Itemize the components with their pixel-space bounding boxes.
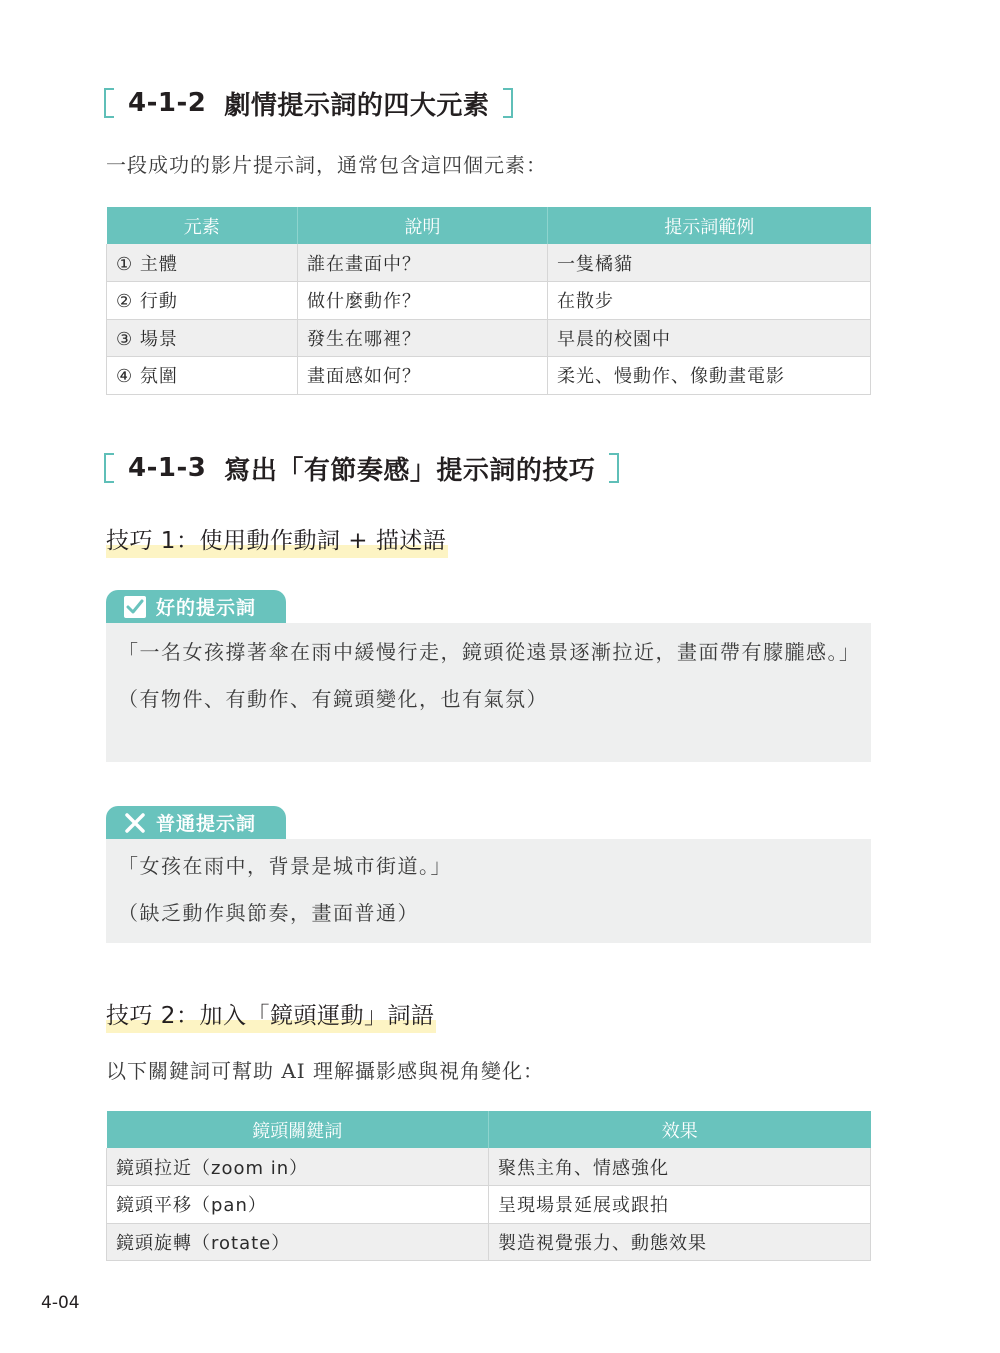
table-row: ① 主體 誰在畫面中？ 一隻橘貓 — [107, 244, 871, 282]
table-header: 效果 — [489, 1111, 871, 1148]
section-heading-4-1-2: 4-1-2 劇情提示詞的四大元素 — [104, 86, 513, 120]
table-row: ④ 氛圍 畫面感如何？ 柔光、慢動作、像動畫電影 — [107, 357, 871, 395]
table-row: ③ 場景 發生在哪裡？ 早晨的校園中 — [107, 319, 871, 357]
normal-prompt-text: 「女孩在雨中，背景是城市街道。」 — [118, 849, 857, 884]
table-cell: 早晨的校園中 — [548, 319, 871, 357]
table-cell: 在散步 — [548, 282, 871, 320]
table-header: 說明 — [298, 207, 548, 244]
table-header-row: 鏡頭關鍵詞 效果 — [107, 1111, 871, 1148]
table-cell: ② 行動 — [107, 282, 298, 320]
tip2-heading: 技巧 2：加入「鏡頭運動」詞語 — [106, 999, 436, 1033]
table-row: ② 行動 做什麼動作？ 在散步 — [107, 282, 871, 320]
checkbox-icon — [124, 596, 146, 618]
table-header: 提示詞範例 — [548, 207, 871, 244]
page-number: 4-04 — [41, 1293, 80, 1313]
cross-icon — [124, 812, 146, 834]
table-header-row: 元素 說明 提示詞範例 — [107, 207, 871, 244]
section-number: 4-1-3 — [128, 453, 206, 483]
good-prompt-box: 「一名女孩撐著傘在雨中緩慢行走，鏡頭從遠景逐漸拉近，畫面帶有朦朧感。」 （有物件… — [106, 623, 871, 762]
section-title: 寫出「有節奏感」提示詞的技巧 — [224, 450, 595, 487]
section-heading-4-1-3: 4-1-3 寫出「有節奏感」提示詞的技巧 — [104, 451, 619, 485]
table-cell: ④ 氛圍 — [107, 357, 298, 395]
section-intro: 一段成功的影片提示詞，通常包含這四個元素： — [106, 149, 547, 178]
table-cell: 製造視覺張力、動態效果 — [489, 1223, 871, 1261]
good-prompt-note: （有物件、有動作、有鏡頭變化，也有氣氛） — [118, 682, 857, 717]
table-cell: 聚焦主角、情感強化 — [489, 1148, 871, 1186]
normal-prompt-box: 「女孩在雨中，背景是城市街道。」 （缺乏動作與節奏，畫面普通） — [106, 839, 871, 943]
normal-prompt-note: （缺乏動作與節奏，畫面普通） — [118, 896, 857, 931]
table-cell: 鏡頭拉近（zoom in） — [107, 1148, 489, 1186]
table-cell: 畫面感如何？ — [298, 357, 548, 395]
table-cell: ③ 場景 — [107, 319, 298, 357]
tip1-heading: 技巧 1：使用動作動詞 + 描述語 — [106, 524, 448, 558]
bracket-left-icon — [104, 88, 114, 118]
table-row: 鏡頭旋轉（rotate） 製造視覺張力、動態效果 — [107, 1223, 871, 1261]
table-cell: 柔光、慢動作、像動畫電影 — [548, 357, 871, 395]
bracket-right-icon — [503, 88, 513, 118]
table-cell: 一隻橘貓 — [548, 244, 871, 282]
elements-table: 元素 說明 提示詞範例 ① 主體 誰在畫面中？ 一隻橘貓 ② 行動 做什麼動作？… — [106, 207, 871, 395]
table-cell: 做什麼動作？ — [298, 282, 548, 320]
tip2-intro: 以下關鍵詞可幫助 AI 理解攝影感與視角變化： — [106, 1055, 544, 1084]
good-prompt-tab: 好的提示詞 — [106, 590, 286, 623]
section-title: 劇情提示詞的四大元素 — [224, 85, 489, 122]
table-cell: 誰在畫面中？ — [298, 244, 548, 282]
table-cell: 鏡頭平移（pan） — [107, 1186, 489, 1224]
table-header: 元素 — [107, 207, 298, 244]
normal-prompt-tab: 普通提示詞 — [106, 806, 286, 839]
table-cell: 發生在哪裡？ — [298, 319, 548, 357]
good-prompt-label: 好的提示詞 — [156, 593, 256, 620]
table-cell: 呈現場景延展或跟拍 — [489, 1186, 871, 1224]
bracket-left-icon — [104, 453, 114, 483]
table-row: 鏡頭拉近（zoom in） 聚焦主角、情感強化 — [107, 1148, 871, 1186]
good-prompt-text: 「一名女孩撐著傘在雨中緩慢行走，鏡頭從遠景逐漸拉近，畫面帶有朦朧感。」 — [118, 635, 857, 670]
table-cell: 鏡頭旋轉（rotate） — [107, 1223, 489, 1261]
normal-prompt-label: 普通提示詞 — [156, 809, 256, 836]
table-row: 鏡頭平移（pan） 呈現場景延展或跟拍 — [107, 1186, 871, 1224]
section-number: 4-1-2 — [128, 88, 206, 118]
table-header: 鏡頭關鍵詞 — [107, 1111, 489, 1148]
bracket-right-icon — [609, 453, 619, 483]
table-cell: ① 主體 — [107, 244, 298, 282]
camera-keywords-table: 鏡頭關鍵詞 效果 鏡頭拉近（zoom in） 聚焦主角、情感強化 鏡頭平移（pa… — [106, 1111, 871, 1261]
